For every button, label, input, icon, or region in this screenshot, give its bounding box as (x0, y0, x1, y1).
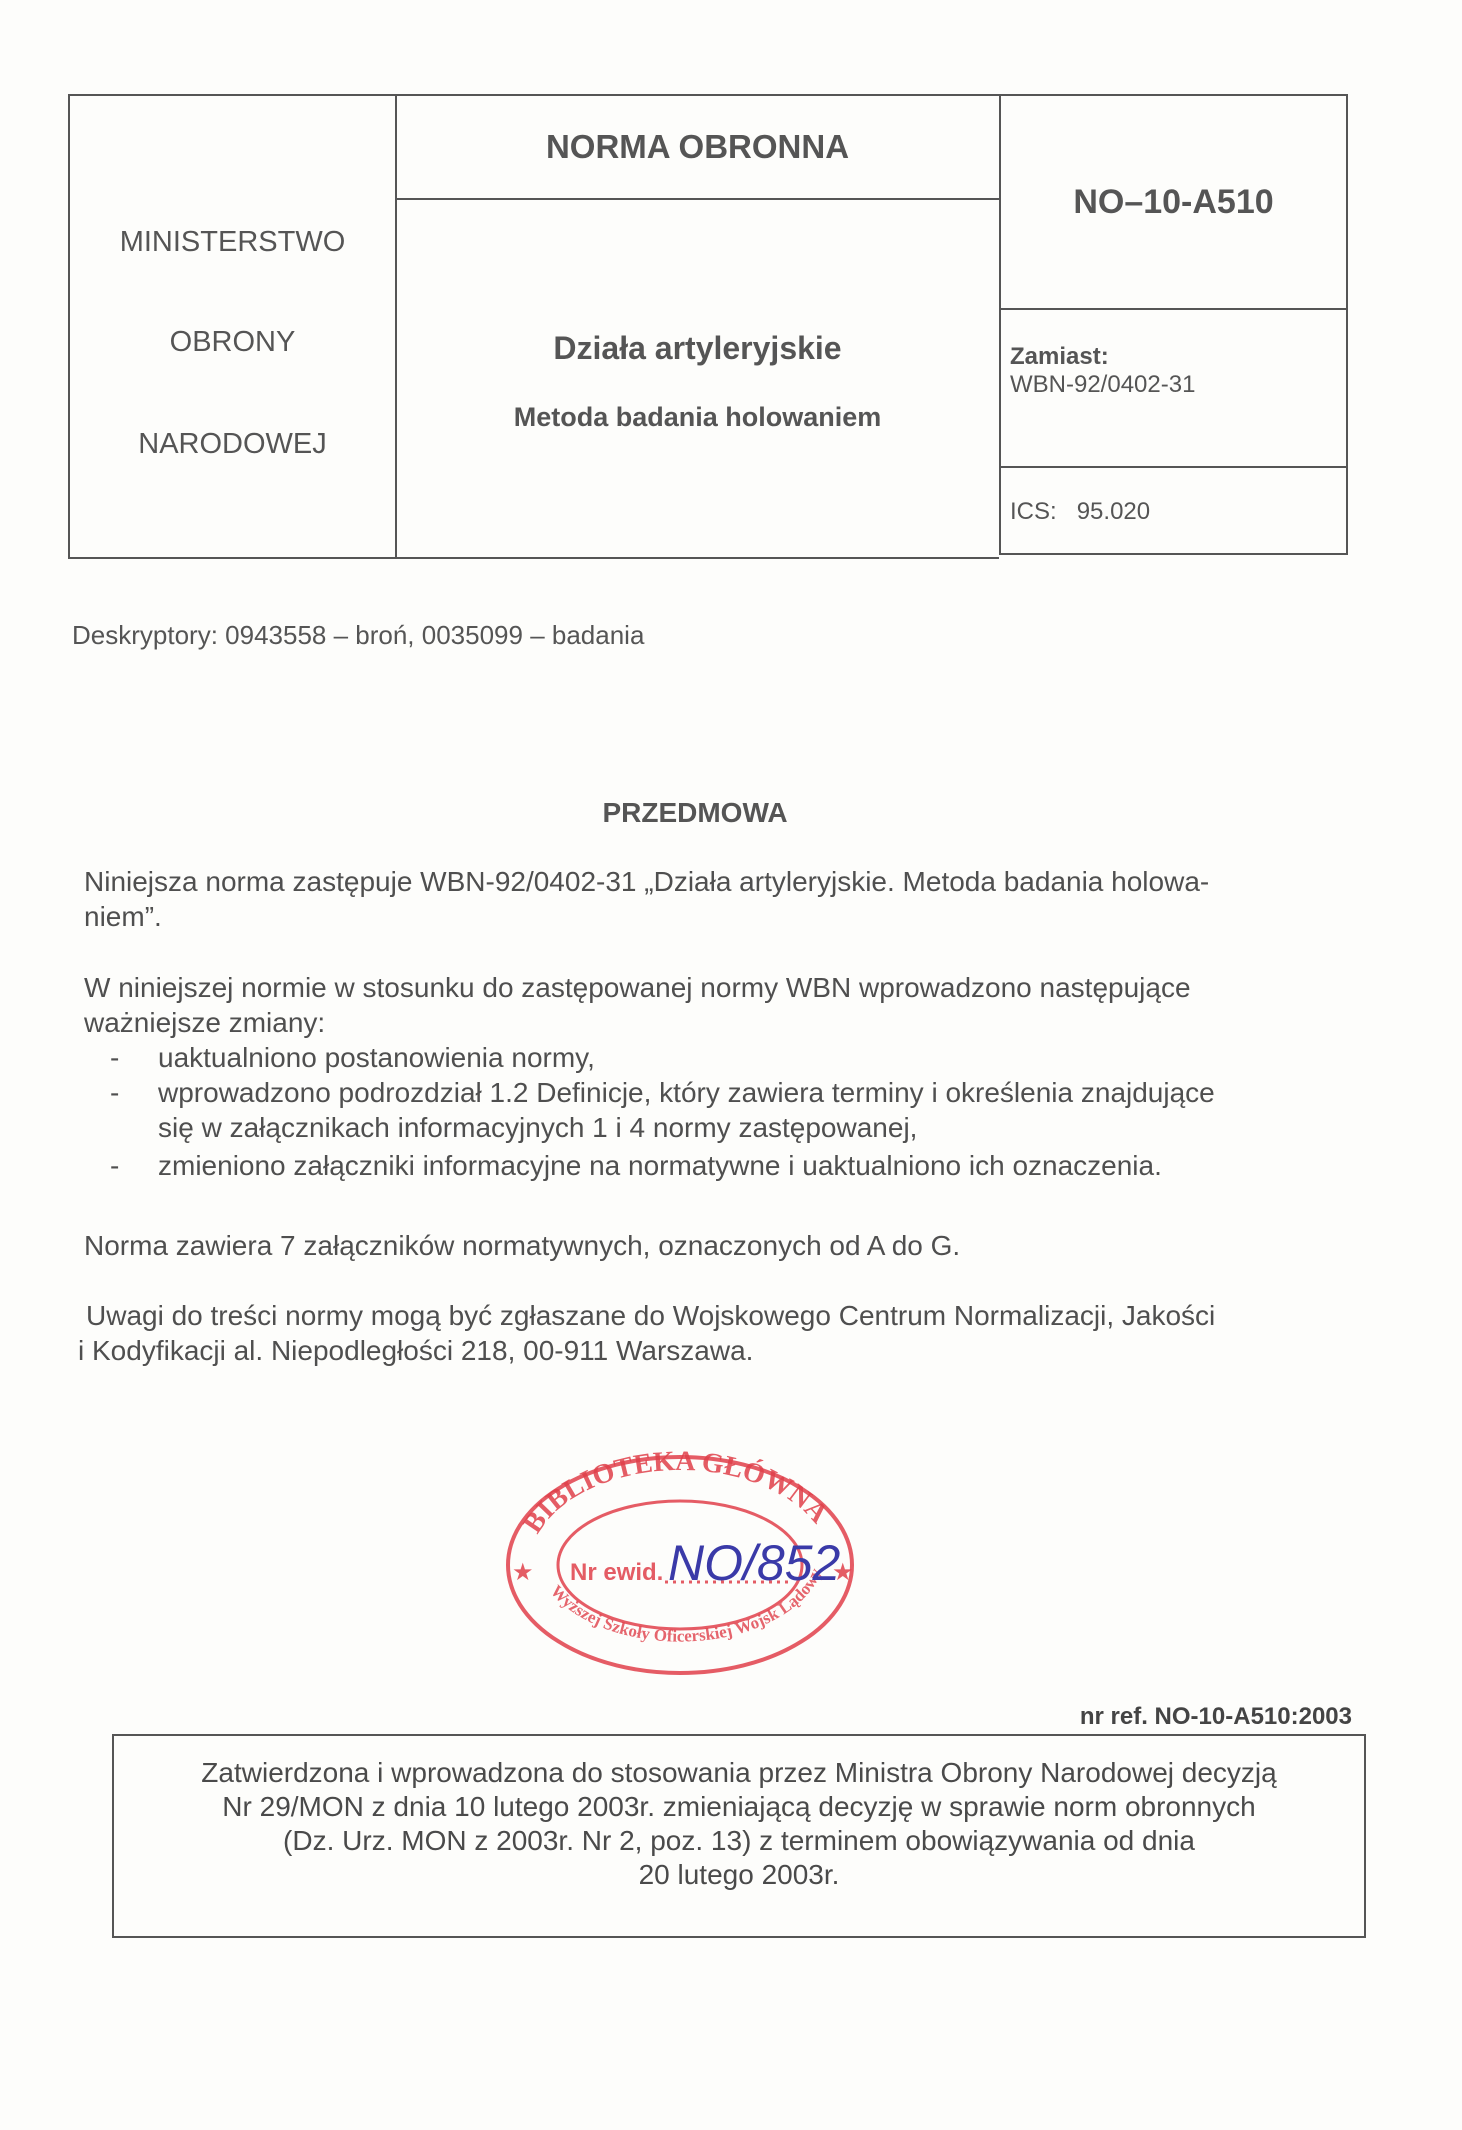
svg-text:Nr ewid.: Nr ewid. (570, 1559, 663, 1586)
approval-line: Zatwierdzona i wprowadzona do stosowania… (114, 1756, 1364, 1790)
list-item: zmieniono załączniki informacyjne na nor… (158, 1148, 1358, 1183)
paragraph-line: ważniejsze zmiany: (84, 1005, 1344, 1040)
approval-line: 20 lutego 2003r. (114, 1858, 1364, 1892)
list-item-line: wprowadzono podrozdział 1.2 Definicje, k… (158, 1075, 1358, 1110)
paragraph-line: W niniejszej normie w stosunku do zastęp… (84, 970, 1344, 1005)
list-item: uaktualniono postanowienia normy, (158, 1040, 1358, 1075)
foreword-paragraph-2: W niniejszej normie w stosunku do zastęp… (84, 970, 1344, 1040)
paragraph-line: i Kodyfikacji al. Niepodległości 218, 00… (78, 1333, 1338, 1368)
list-marker: - (110, 1148, 119, 1183)
ics-code: ICS: 95.020 (1010, 498, 1150, 526)
replaces-value: WBN-92/0402-31 (1010, 371, 1195, 399)
svg-text:★: ★ (512, 1559, 534, 1586)
foreword-paragraph-4: Uwagi do treści normy mogą być zgłaszane… (78, 1298, 1338, 1368)
descriptors: Deskryptory: 0943558 – broń, 0035099 – b… (72, 620, 644, 651)
approval-text: Zatwierdzona i wprowadzona do stosowania… (114, 1756, 1364, 1892)
reference-number: nr ref. NO-10-A510:2003 (1080, 1703, 1352, 1731)
list-item-line: się w załącznikach informacyjnych 1 i 4 … (158, 1110, 1358, 1145)
list-item: wprowadzono podrozdział 1.2 Definicje, k… (158, 1075, 1358, 1145)
approval-line: Nr 29/MON z dnia 10 lutego 2003r. zmieni… (114, 1790, 1364, 1824)
ministry-line-1: MINISTERSTWO (70, 226, 395, 259)
list-marker: - (110, 1040, 119, 1075)
foreword-paragraph-1: Niniejsza norma zastępuje WBN-92/0402-31… (84, 864, 1344, 934)
paragraph-line: Niniejsza norma zastępuje WBN-92/0402-31… (84, 864, 1344, 899)
svg-text:BIBLIOTEKA GŁÓWNA: BIBLIOTEKA GŁÓWNA (517, 1446, 834, 1539)
paragraph-line: niem”. (84, 899, 1344, 934)
ministry-line-2: OBRONY (70, 326, 395, 359)
ics-label: ICS: (1010, 498, 1057, 525)
list-marker: - (110, 1075, 119, 1110)
foreword-heading: PRZEDMOWA (0, 797, 1390, 829)
library-stamp: BIBLIOTEKA GŁÓWNA Wyższej Szkoły Oficers… (490, 1440, 870, 1690)
document-type: NORMA OBRONNA (396, 128, 999, 166)
document-title: Działa artyleryjskie (396, 330, 999, 367)
stamp-graphic: BIBLIOTEKA GŁÓWNA Wyższej Szkoły Oficers… (490, 1440, 870, 1690)
replaces-label: Zamiast: (1010, 343, 1109, 371)
foreword-paragraph-3: Norma zawiera 7 załączników normatywnych… (84, 1228, 1344, 1263)
approval-box: Zatwierdzona i wprowadzona do stosowania… (112, 1734, 1366, 1938)
ics-value: 95.020 (1077, 498, 1150, 525)
norm-number: NO–10-A510 (1000, 183, 1347, 222)
ministry-line-3: NARODOWEJ (70, 428, 395, 461)
paragraph-line: Uwagi do treści normy mogą być zgłaszane… (78, 1298, 1338, 1333)
approval-line: (Dz. Urz. MON z 2003r. Nr 2, poz. 13) z … (114, 1824, 1364, 1858)
svg-text:NO/852: NO/852 (668, 1535, 841, 1591)
document-subtitle: Metoda badania holowaniem (396, 402, 999, 433)
